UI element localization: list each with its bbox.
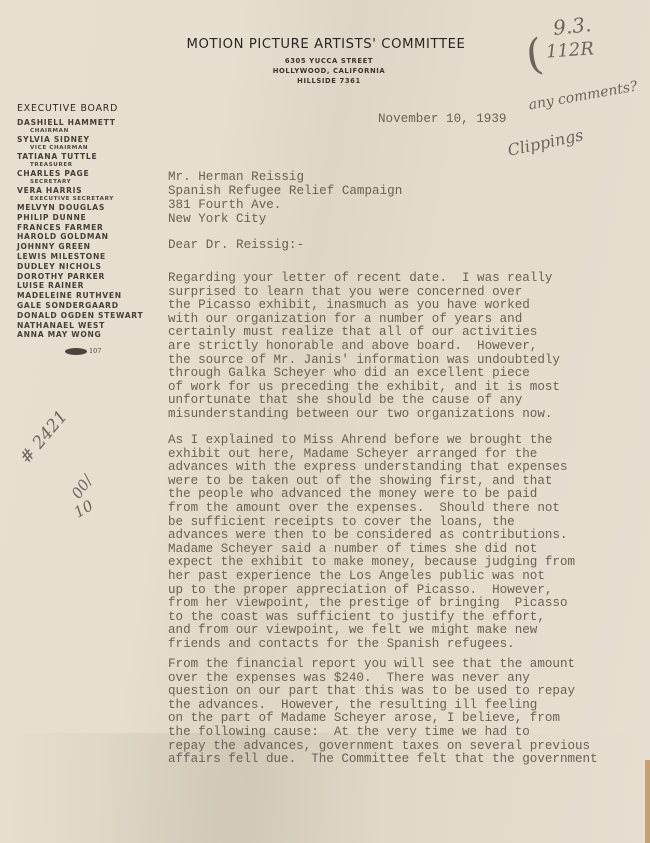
typed-line: surprised to learn that you were concern…: [168, 286, 560, 300]
board-member-name: TATIANA TUTTLE: [17, 152, 143, 162]
typed-line: exhibit out here, Madame Scheyer arrange…: [168, 448, 575, 462]
typed-line: From the financial report you will see t…: [168, 658, 598, 672]
typed-line: advances with the express understanding …: [168, 461, 575, 475]
recipient-line: Mr. Herman Reissig: [168, 170, 402, 184]
paragraph-3: From the financial report you will see t…: [168, 658, 598, 767]
typed-line: the source of Mr. Janis' information was…: [168, 354, 560, 368]
typed-line: the following cause: At the very time we…: [168, 726, 598, 740]
typed-line: Madame Scheyer said a number of times sh…: [168, 543, 575, 557]
board-member-role: TREASURER: [17, 162, 143, 169]
board-member-name: HAROLD GOLDMAN: [17, 232, 143, 242]
board-member-name: ANNA MAY WONG: [17, 330, 143, 340]
handwritten-code-bottom: 112R: [545, 38, 594, 62]
typed-line: on the part of Madame Scheyer arose, I b…: [168, 712, 598, 726]
handwritten-margin-ten: 10: [71, 496, 97, 521]
letter-page: MOTION PICTURE ARTISTS' COMMITTEE 6305 Y…: [0, 0, 650, 843]
typed-line: affairs fell due. The Committee felt tha…: [168, 753, 598, 767]
handwritten-code-top: 9.3.: [552, 12, 592, 40]
union-label: 107: [65, 347, 101, 355]
typed-line: Regarding your letter of recent date. I …: [168, 272, 560, 286]
handwritten-margin-number: # 2421: [16, 407, 72, 468]
board-member-name: CHARLES PAGE: [17, 169, 143, 179]
typed-line: to the coast was sufficient to justify t…: [168, 611, 575, 625]
board-member-name: DOROTHY PARKER: [17, 272, 143, 282]
typed-line: expect the exhibit to make money, becaus…: [168, 556, 575, 570]
typed-line: the people who advanced the money were t…: [168, 488, 575, 502]
recipient-address: Mr. Herman Reissig Spanish Refugee Relie…: [168, 170, 402, 226]
typed-line: and from our viewpoint, we felt we might…: [168, 624, 575, 638]
recipient-line: New York City: [168, 212, 402, 226]
typed-line: from the amount over the expenses. Shoul…: [168, 502, 575, 516]
address-line: HILLSIDE 7361: [8, 76, 650, 86]
typed-line: the Picasso exhibit, inasmuch as you hav…: [168, 299, 560, 313]
typed-line: through Galka Scheyer who did an excelle…: [168, 367, 560, 381]
letter-date: November 10, 1939: [378, 112, 506, 126]
recipient-line: Spanish Refugee Relief Campaign: [168, 184, 402, 198]
recipient-line: 381 Fourth Ave.: [168, 198, 402, 212]
board-member-name: DONALD OGDEN STEWART: [17, 311, 143, 321]
typed-line: misunderstanding between our two organiz…: [168, 408, 560, 422]
typed-line: with our organization for a number of ye…: [168, 313, 560, 327]
board-member-name: SYLVIA SIDNEY: [17, 135, 143, 145]
page-edge: [645, 760, 650, 843]
handwritten-clippings: Clippings: [506, 125, 585, 160]
board-member-name: MADELEINE RUTHVEN: [17, 291, 143, 301]
typed-line: question on our part that this was to be…: [168, 685, 598, 699]
typed-line: advances were then to be considered as c…: [168, 529, 575, 543]
typed-line: As I explained to Miss Ahrend before we …: [168, 434, 575, 448]
typed-line: be sufficient receipts to cover the loan…: [168, 516, 575, 530]
handwritten-margin-percent: 00/: [68, 472, 97, 502]
typed-line: up to the proper appreciation of Picasso…: [168, 584, 575, 598]
typed-line: from her viewpoint, the prestige of brin…: [168, 597, 575, 611]
board-member-name: FRANCES FARMER: [17, 223, 143, 233]
salutation: Dear Dr. Reissig:-: [168, 238, 304, 252]
union-bug-number: 107: [89, 347, 101, 355]
typed-line: unfortunate that she should be the cause…: [168, 394, 560, 408]
typed-line: certainly must realize that all of our a…: [168, 326, 560, 340]
board-member-name: VERA HARRIS: [17, 186, 143, 196]
board-member-name: LEWIS MILESTONE: [17, 252, 143, 262]
board-member-name: GALE SONDERGAARD: [17, 301, 143, 311]
typed-line: of work for us preceding the exhibit, an…: [168, 381, 560, 395]
typed-line: the advances. However, the resulting ill…: [168, 699, 598, 713]
board-member-name: JOHNNY GREEN: [17, 242, 143, 252]
union-bug-icon: [65, 348, 87, 355]
board-member-role: SECRETARY: [17, 179, 143, 186]
board-member-name: LUISE RAINER: [17, 281, 143, 291]
typed-line: friends and contacts for the Spanish ref…: [168, 638, 575, 652]
typed-line: her past experience the Los Angeles publ…: [168, 570, 575, 584]
board-member-role: VICE CHAIRMAN: [17, 145, 143, 152]
executive-board: EXECUTIVE BOARD DASHIELL HAMMETTCHAIRMAN…: [17, 103, 143, 340]
paragraph-2: As I explained to Miss Ahrend before we …: [168, 434, 575, 652]
board-member-name: DUDLEY NICHOLS: [17, 262, 143, 272]
paragraph-1: Regarding your letter of recent date. I …: [168, 272, 560, 422]
board-member-list: DASHIELL HAMMETTCHAIRMANSYLVIA SIDNEYVIC…: [17, 118, 143, 340]
address-line: HOLLYWOOD, CALIFORNIA: [8, 66, 650, 76]
board-member-name: NATHANAEL WEST: [17, 321, 143, 331]
board-member-name: PHILIP DUNNE: [17, 213, 143, 223]
board-member-role: EXECUTIVE SECRETARY: [17, 196, 143, 203]
board-member-role: CHAIRMAN: [17, 128, 143, 135]
board-title: EXECUTIVE BOARD: [17, 103, 143, 114]
typed-line: are strictly honorable and above board. …: [168, 340, 560, 354]
typed-line: repay the advances, government taxes on …: [168, 740, 598, 754]
board-member-name: DASHIELL HAMMETT: [17, 118, 143, 128]
typed-line: over the expenses was $240. There was ne…: [168, 672, 598, 686]
board-member-name: MELVYN DOUGLAS: [17, 203, 143, 213]
typed-line: were to be taken out of the showing firs…: [168, 475, 575, 489]
